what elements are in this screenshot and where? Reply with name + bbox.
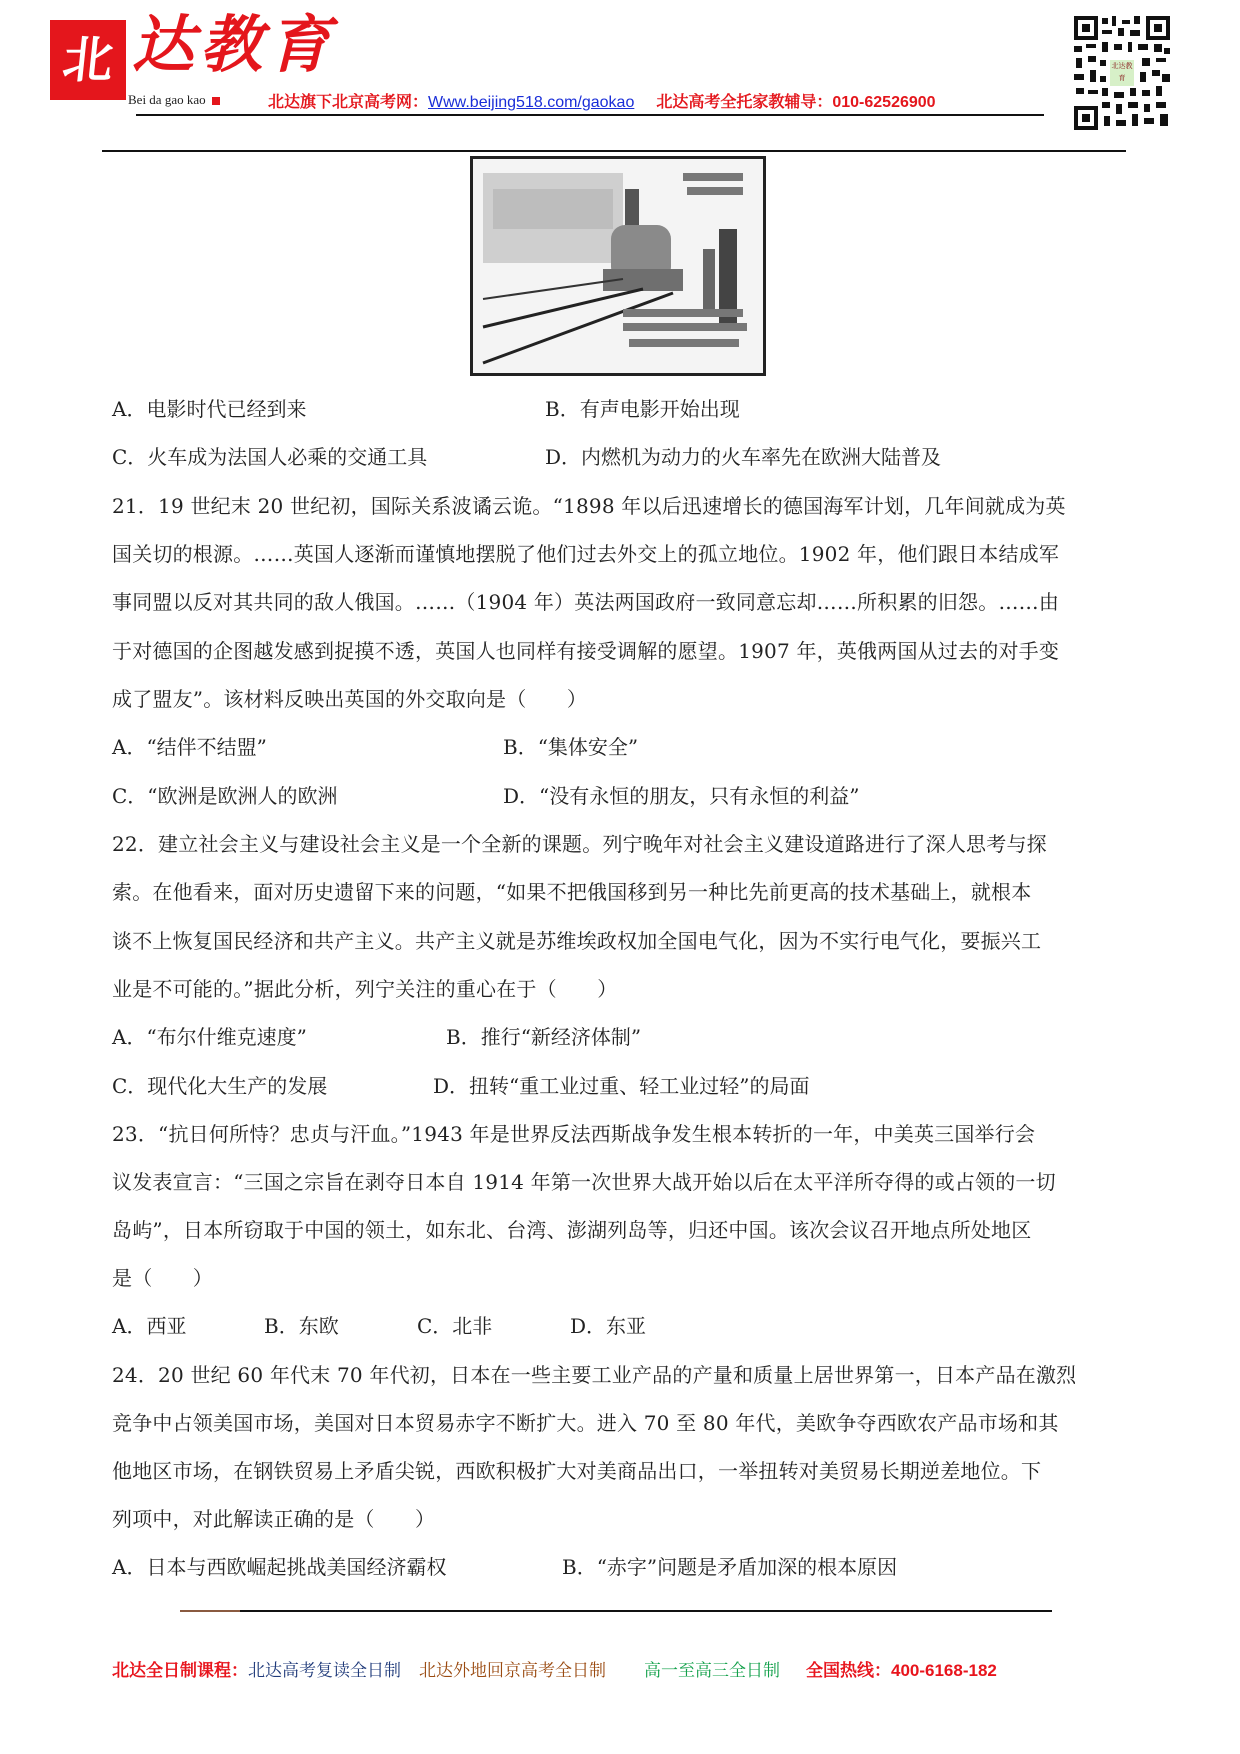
q20-option-b: B．有声电影开始出现 <box>545 399 740 419</box>
q22-option-a: A．“布尔什维克速度” <box>112 1027 307 1047</box>
site-label: 北达旗下北京高考网： <box>268 94 428 111</box>
q24-option-a: A．日本与西欧崛起挑战美国经济霸权 <box>112 1557 446 1577</box>
q22-stem-line: 索。在他看来，面对历史遗留下来的问题，“如果不把俄国移到另一种比先前更高的技术基… <box>112 882 1031 902</box>
q21-option-c: C．“欧洲是欧洲人的欧洲 <box>112 786 338 806</box>
footer-divider-accent <box>180 1610 240 1612</box>
q23-stem-line: 23．“抗日何所恃？忠贞与汗血。”1943 年是世界反法西斯战争发生根本转折的一… <box>112 1124 1035 1144</box>
q21-option-d: D．“没有永恒的朋友，只有永恒的利益” <box>503 786 859 806</box>
footer-courses-label: 北达全日制课程： <box>112 1661 248 1680</box>
q23-stem-line: 是（ ） <box>112 1268 213 1288</box>
q22-option-c: C．现代化大生产的发展 <box>112 1076 327 1096</box>
page-top-divider <box>102 150 1126 152</box>
tutoring-hotline: 北达高考全托家教辅导：010-62526900 <box>656 94 935 111</box>
q20-option-c: C．火车成为法国人必乘的交通工具 <box>112 447 427 467</box>
train-poster-image <box>470 156 766 376</box>
footer-divider <box>180 1610 1052 1612</box>
q22-stem-line: 22．建立社会主义与建设社会主义是一个全新的课题。列宁晚年对社会主义建设道路进行… <box>112 834 1047 854</box>
footer-course-return-beijing: 北达外地回京高考全日制 <box>419 1661 606 1680</box>
q23-option-d: D．东亚 <box>570 1316 646 1336</box>
logo-subtitle: Bei da gao kao <box>128 92 220 108</box>
qr-code-icon: 北达教育 <box>1072 14 1172 132</box>
q23-option-c: C．北非 <box>417 1316 492 1336</box>
q21-option-b: B．“集体安全” <box>503 737 638 757</box>
q22-stem-line: 业是不可能的。”据此分析，列宁关注的重心在于（ ） <box>112 979 617 999</box>
q24-stem-line: 竞争中占领美国市场，美国对日本贸易赤字不断扩大。进入 70 至 80 年代，美欧… <box>112 1413 1059 1433</box>
header-contact-line: 北达旗下北京高考网：Www.beijing518.com/gaokao北达高考全… <box>268 89 936 112</box>
header-divider <box>136 114 1044 116</box>
q24-stem-line: 列项中，对此解读正确的是（ ） <box>112 1509 435 1529</box>
red-square-icon <box>212 97 220 105</box>
q21-option-a: A．“结伴不结盟” <box>112 737 267 757</box>
q21-stem-line: 21．19 世纪末 20 世纪初，国际关系波谲云诡。“1898 年以后迅速增长的… <box>112 496 1066 516</box>
q22-stem-line: 谈不上恢复国民经济和共产主义。共产主义就是苏维埃政权加全国电气化，因为不实行电气… <box>112 931 1041 951</box>
footer-course-grades: 高一至高三全日制 <box>644 1661 780 1680</box>
site-link[interactable]: Www.beijing518.com/gaokao <box>428 94 634 111</box>
q20-option-d: D．内燃机为动力的火车率先在欧洲大陆普及 <box>545 447 941 467</box>
q21-stem-line: 成了盟友”。该材料反映出英国的外交取向是（ ） <box>112 689 587 709</box>
logo-seal: 北 <box>50 20 126 100</box>
q21-stem-line: 国关切的根源。……英国人逐渐而谨慎地摆脱了他们过去外交上的孤立地位。1902 年… <box>112 544 1059 564</box>
q23-option-b: B．东欧 <box>264 1316 339 1336</box>
train-arrival-illustration <box>473 159 763 373</box>
q24-option-b: B．“赤字”问题是矛盾加深的根本原因 <box>562 1557 897 1577</box>
q22-option-d: D．扭转“重工业过重、轻工业过轻”的局面 <box>433 1076 809 1096</box>
q22-option-b: B．推行“新经济体制” <box>446 1027 641 1047</box>
q20-option-a: A．电影时代已经到来 <box>112 399 306 419</box>
q23-option-a: A．西亚 <box>112 1316 186 1336</box>
footer-course-repeat: 北达高考复读全日制 <box>248 1661 401 1680</box>
q21-stem-line: 事同盟以反对其共同的敌人俄国。……（1904 年）英法两国政府一致同意忘却……所… <box>112 592 1059 612</box>
q24-stem-line: 他地区市场，在钢铁贸易上矛盾尖锐，西欧积极扩大对美商品出口，一举扭转对美贸易长期… <box>112 1461 1041 1481</box>
q24-stem-line: 24．20 世纪 60 年代末 70 年代初，日本在一些主要工业产品的产量和质量… <box>112 1365 1076 1385</box>
q23-stem-line: 议发表宣言：“三国之宗旨在剥夺日本自 1914 年第一次世界大战开始以后在太平洋… <box>112 1172 1056 1192</box>
q23-stem-line: 岛屿”，日本所窃取于中国的领土，如东北、台湾、澎湖列岛等，归还中国。该次会议召开… <box>112 1220 1031 1240</box>
logo-seal-char: 北 <box>60 35 115 85</box>
footer-hotline: 全国热线：400-6168-182 <box>806 1661 997 1680</box>
qr-center-logo: 北达教育 <box>1110 60 1134 86</box>
q21-stem-line: 于对德国的企图越发感到捉摸不透，英国人也同样有接受调解的愿望。1907 年，英俄… <box>112 641 1059 661</box>
logo-title: 达教育 <box>132 14 336 76</box>
page-footer: 北达全日制课程：北达高考复读全日制北达外地回京高考全日制高一至高三全日制全国热线… <box>112 1656 1015 1681</box>
